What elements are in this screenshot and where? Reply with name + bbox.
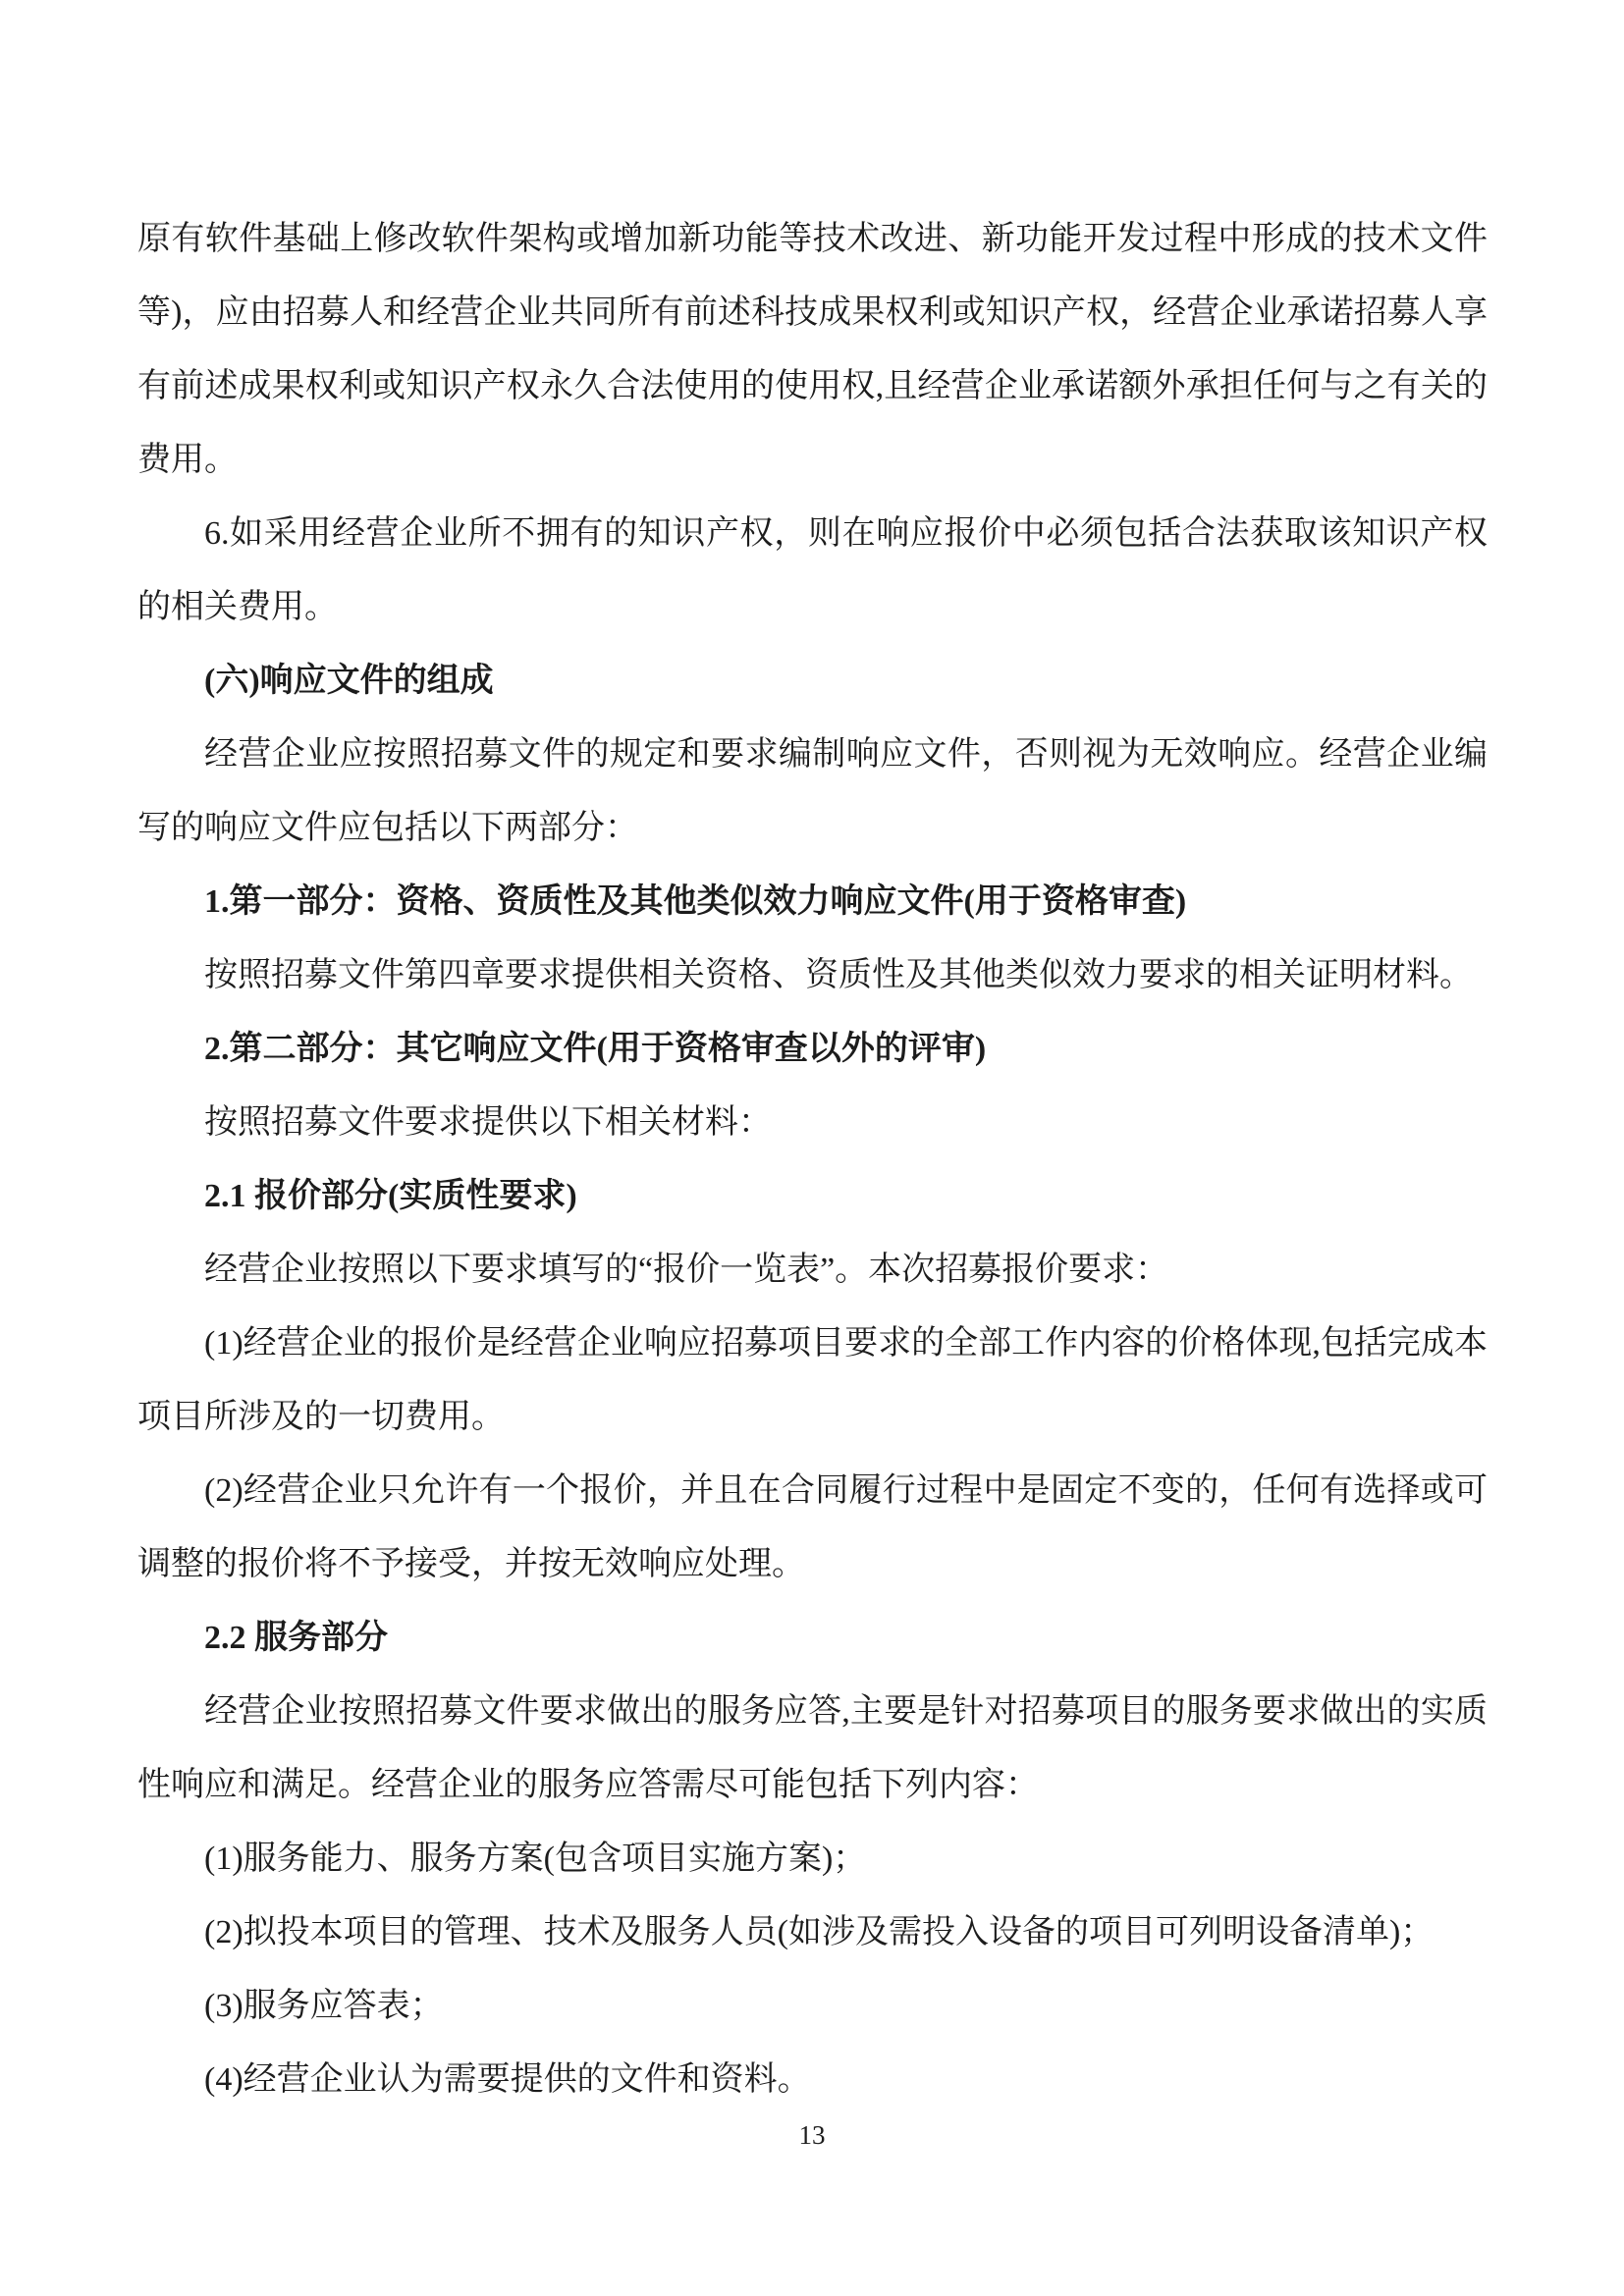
- section-heading: 2.第二部分：其它响应文件(用于资格审查以外的评审): [137, 1012, 1488, 1086]
- paragraph: 按照招募文件要求提供以下相关材料：: [137, 1086, 1488, 1159]
- paragraph: 原有软件基础上修改软件架构或增加新功能等技术改进、新功能开发过程中形成的技术文件…: [137, 202, 1488, 497]
- section-heading: 2.1 报价部分(实质性要求): [137, 1159, 1488, 1233]
- paragraph: 经营企业应按照招募文件的规定和要求编制响应文件，否则视为无效响应。经营企业编写的…: [137, 718, 1488, 865]
- paragraph: (3)服务应答表；: [137, 1969, 1488, 2043]
- section-heading: 2.2 服务部分: [137, 1601, 1488, 1675]
- paragraph: 经营企业按照招募文件要求做出的服务应答,主要是针对招募项目的服务要求做出的实质性…: [137, 1675, 1488, 1822]
- section-heading: (六)响应文件的组成: [137, 644, 1488, 718]
- paragraph: (2)拟投本项目的管理、技术及服务人员(如涉及需投入设备的项目可列明设备清单)；: [137, 1896, 1488, 1969]
- paragraph: (4)经营企业认为需要提供的文件和资料。: [137, 2043, 1488, 2116]
- paragraph: (1)服务能力、服务方案(包含项目实施方案)；: [137, 1822, 1488, 1896]
- paragraph: 经营企业按照以下要求填写的“报价一览表”。本次招募报价要求：: [137, 1233, 1488, 1307]
- paragraph: (1)经营企业的报价是经营企业响应招募项目要求的全部工作内容的价格体现,包括完成…: [137, 1307, 1488, 1454]
- paragraph: 6.如采用经营企业所不拥有的知识产权，则在响应报价中必须包括合法获取该知识产权的…: [137, 497, 1488, 644]
- section-heading: 1.第一部分：资格、资质性及其他类似效力响应文件(用于资格审查): [137, 865, 1488, 938]
- paragraph: 按照招募文件第四章要求提供相关资格、资质性及其他类似效力要求的相关证明材料。: [137, 938, 1488, 1012]
- document-page: 原有软件基础上修改软件架构或增加新功能等技术改进、新功能开发过程中形成的技术文件…: [0, 0, 1624, 2296]
- page-number: 13: [0, 2118, 1624, 2152]
- document-body: 原有软件基础上修改软件架构或增加新功能等技术改进、新功能开发过程中形成的技术文件…: [137, 202, 1488, 2116]
- paragraph: (2)经营企业只允许有一个报价，并且在合同履行过程中是固定不变的，任何有选择或可…: [137, 1454, 1488, 1601]
